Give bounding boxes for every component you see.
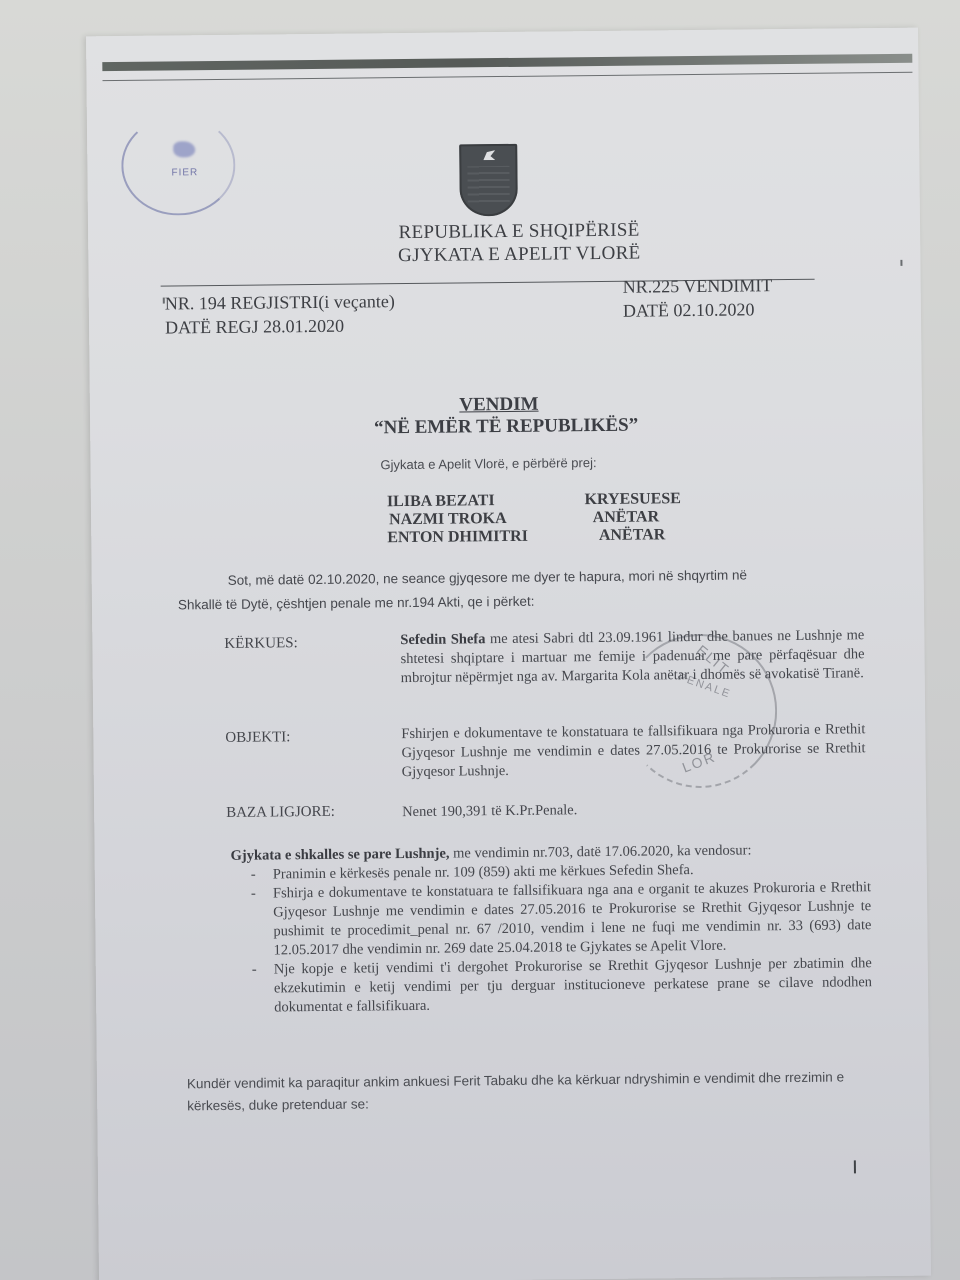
intro-line-2: Shkallë të Dytë, çështjen penale me nr.1… [178, 594, 535, 613]
legal-basis-label: BAZA LIGJORE: [226, 803, 402, 824]
judge-name: ENTON DHIMITRI [387, 528, 528, 547]
decision-info: NR.225 VENDIMIT DATË 02.10.2020 [623, 273, 773, 323]
judge-role: KRYESUESE [584, 490, 681, 509]
stamp-text: FIER [171, 167, 198, 178]
judge-name: NAZMI TROKA [389, 510, 507, 529]
ruling-list: Pranimin e kërkesës penale nr. 109 (859)… [231, 859, 873, 1018]
decision-date: DATË 02.10.2020 [623, 297, 773, 323]
ruling-item: Fshirja e dokumentave te konstatuara te … [247, 878, 872, 961]
coat-of-arms-icon [459, 144, 518, 217]
petitioner-label: KËRKUES: [224, 631, 401, 690]
round-seal-icon: FIER [121, 115, 236, 216]
panel-member: ENTON DHIMITRI ANËTAR [387, 526, 687, 547]
object-label: OBJEKTI: [225, 725, 402, 784]
object-field: OBJEKTI: Fshirjen e dokumentave te konst… [225, 720, 866, 784]
legal-basis-value: Nenet 190,391 të K.Pr.Penale. [402, 798, 866, 822]
legal-basis-field: BAZA LIGJORE: Nenet 190,391 të K.Pr.Pena… [226, 798, 866, 824]
first-instance-ruling: Gjykata e shkalles se pare Lushnje, me v… [231, 840, 873, 1018]
scan-speck [163, 298, 165, 304]
judge-role: ANËTAR [599, 526, 666, 545]
registry-info: NR. 194 REGJISTRI(i veçante) DATË REGJ 2… [165, 289, 395, 339]
decision-heading: VENDIM “NË EMËR TË REPUBLIKËS” [90, 390, 922, 443]
decision-title: VENDIM [459, 394, 538, 417]
page-number-mark [854, 1160, 856, 1173]
scan-speck [900, 260, 902, 266]
registry-date: DATË REGJ 28.01.2020 [165, 313, 395, 339]
decision-number: NR.225 VENDIMIT [623, 273, 773, 299]
judge-role: ANËTAR [593, 508, 660, 527]
document-page: FIER REPUBLIKA E SHQIPËRISË GJYKATA E AP… [86, 28, 931, 1280]
scanned-header-bar [102, 54, 912, 71]
judge-name: ILIBA BEZATI [387, 492, 495, 511]
intro-line-1: Sot, më datë 02.10.2020, ne seance gjyqe… [178, 563, 838, 594]
registry-number: NR. 194 REGJISTRI(i veçante) [165, 289, 395, 315]
document-header: REPUBLIKA E SHQIPËRISË GJYKATA E APELIT … [88, 216, 920, 271]
header-divider [102, 72, 912, 81]
stamp-ink-mark [173, 141, 195, 157]
court-composition-label: Gjykata e Apelit Vlorë, e përbërë prej: [90, 452, 922, 476]
object-value: Fshirjen e dokumentave te konstatuara te… [401, 720, 866, 782]
session-intro: Sot, më datë 02.10.2020, ne seance gjyqe… [178, 563, 838, 618]
judges-panel: ILIBA BEZATI KRYESUESE NAZMI TROKA ANËTA… [387, 490, 688, 547]
ruling-item: Nje kopje e ketij vendimi t'i dergohet P… [248, 954, 873, 1018]
appeal-paragraph: Kundër vendimit ka paraqitur ankim ankue… [187, 1066, 887, 1117]
